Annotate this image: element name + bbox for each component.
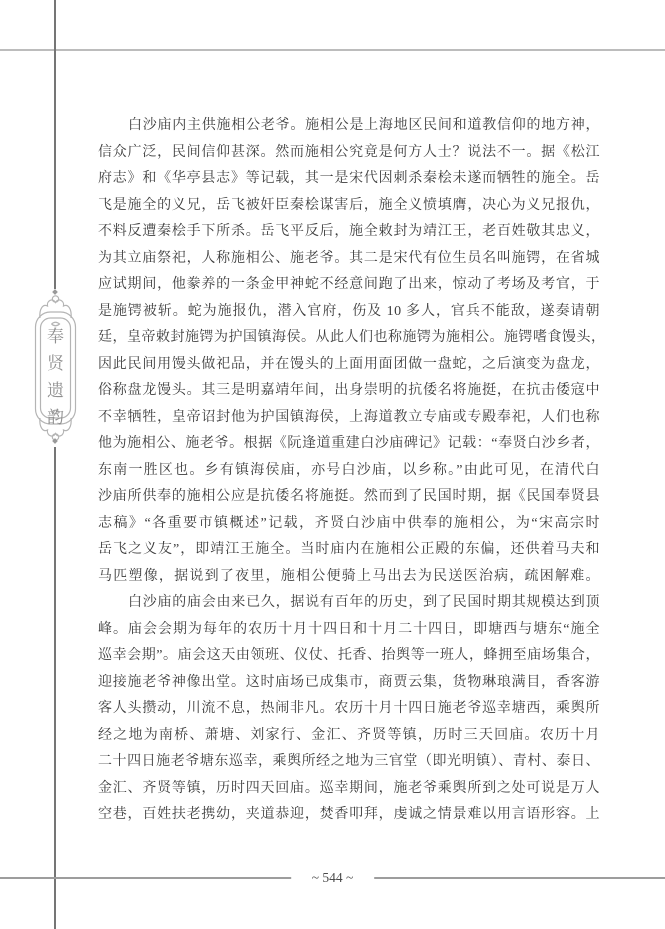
top-border-rule bbox=[0, 49, 665, 51]
body-text-line: 志稿》“各重要市镇概述”记载，齐贤白沙庙中供奉的施相公，为“宋高宗时 bbox=[98, 511, 600, 538]
body-text-line: 马匹塑像，据说到了夜里，施相公便骑上马出去为民送医治病，疏困解难。 bbox=[98, 564, 600, 591]
book-page: 奉 贤 遗 韵 白沙庙内主供施相公老爷。施相公是上海地区民间和道教信仰的地方神，… bbox=[0, 0, 665, 929]
body-text-line: 白沙庙内主供施相公老爷。施相公是上海地区民间和道教信仰的地方神， bbox=[98, 113, 600, 140]
body-text-line: 因此民间用馒头做祀品，并在馒头的上面用面团做一盘蛇，之后演变为盘龙， bbox=[98, 352, 600, 379]
body-text-line: 空巷，百姓扶老携幼，夹道恭迎，焚香叩拜，虔诚之情景难以用言语形容。上 bbox=[98, 802, 600, 829]
body-text-line: 飞是施全的义兄，岳飞被奸臣秦桧谋害后，施全义愤填膺，决心为义兄报仇， bbox=[98, 193, 600, 220]
body-text: 白沙庙内主供施相公老爷。施相公是上海地区民间和道教信仰的地方神， 信众广泛，民间… bbox=[98, 113, 600, 829]
body-text-line: 迎接施老爷神像出堂。这时庙场已成集市，商贾云集，货物琳琅满目，香客游 bbox=[98, 670, 600, 697]
body-text-line: 客人头攒动，川流不息，热闹非凡。农历十月十四日施老爷巡幸塘西，乘舆所 bbox=[98, 696, 600, 723]
plaque-char: 韵 bbox=[47, 408, 64, 428]
paragraph: 白沙庙的庙会由来已久，据说有百年的历史，到了民国时期其规模达到顶 峰。庙会会期为… bbox=[98, 590, 600, 829]
body-text-line: 二十四日施老爷塘东巡幸，乘舆所经之地为三官堂（即光明镇）、青村、泰日、 bbox=[98, 749, 600, 776]
body-text-line: 巡幸会期”。庙会这天由领班、仪仗、托香、抬舆等一班人，蜂拥至庙场集合， bbox=[98, 643, 600, 670]
body-text-line: 俗称盘龙馒头。其三是明嘉靖年间，出身崇明的抗倭名将施挺，在抗击倭寇中 bbox=[98, 378, 600, 405]
body-text-line: 经之地为南桥、萧塘、刘家行、金汇、齐贤等镇，历时三天回庙。农历十月 bbox=[98, 723, 600, 750]
body-text-line: 廷，皇帝敕封施锷为护国镇海侯。从此人们也称施锷为施相公。施锷嗜食馒头， bbox=[98, 325, 600, 352]
spine-plaque: 奉 贤 遗 韵 bbox=[29, 294, 82, 442]
body-text-line: 不料反遭秦桧手下所杀。岳飞平反后，施全敕封为靖江王，老百姓敬其忠义， bbox=[98, 219, 600, 246]
paragraph: 白沙庙内主供施相公老爷。施相公是上海地区民间和道教信仰的地方神， 信众广泛，民间… bbox=[98, 113, 600, 590]
body-text-line: 府志》和《华亭县志》等记载，其一是宋代因刺杀秦桧未遂而牺牲的施全。岳 bbox=[98, 166, 600, 193]
body-text-line: 白沙庙的庙会由来已久，据说有百年的历史，到了民国时期其规模达到顶 bbox=[98, 590, 600, 617]
body-text-line: 岳飞之义友”，即靖江王施全。当时庙内在施相公正殿的东偏，还供着马夫和 bbox=[98, 537, 600, 564]
spine-vertical-line-top bbox=[54, 0, 56, 289]
plaque-char: 奉 bbox=[47, 327, 64, 347]
spine-vertical-line-bottom bbox=[54, 447, 56, 929]
plaque-title: 奉 贤 遗 韵 bbox=[29, 327, 82, 428]
body-text-line: 信众广泛，民间信仰甚深。然而施相公究竟是何方人士？说法不一。据《松江 bbox=[98, 140, 600, 167]
page-number: ~ 544 ~ bbox=[291, 868, 375, 887]
plaque-char: 遗 bbox=[47, 381, 64, 401]
body-text-line: 东南一胜区也。乡有镇海侯庙，亦号白沙庙，以乡称。”由此可见，在清代白 bbox=[98, 458, 600, 485]
plaque-char: 贤 bbox=[47, 354, 64, 374]
body-text-line: 金汇、齐贤等镇，历时四天回庙。巡幸期间，施老爷乘舆所到之处可说是万人 bbox=[98, 776, 600, 803]
body-text-line: 沙庙所供奉的施相公应是抗倭名将施挺。然而到了民国时期，据《民国奉贤县 bbox=[98, 484, 600, 511]
spine-dot-bottom bbox=[52, 438, 58, 444]
body-text-line: 应试期间，他豢养的一条金甲神蛇不经意间跑了出来，惊动了考场及考官，于 bbox=[98, 272, 600, 299]
body-text-line: 峰。庙会会期为每年的农历十月十四日和十月二十四日，即塘西与塘东“施全 bbox=[98, 617, 600, 644]
body-text-line: 他为施相公、施老爷。根据《阮逢道重建白沙庙碑记》记载：“奉贤白沙乡者， bbox=[98, 431, 600, 458]
body-text-line: 是施锷被斩。蛇为施报仇，潜入官府，伤及 10 多人，官兵不能敌，遂奏请朝 bbox=[98, 299, 600, 326]
body-text-line: 不幸牺牲，皇帝诏封他为护国镇海侯，上海道教立专庙或专殿奉祀，人们也称 bbox=[98, 405, 600, 432]
body-text-line: 为其立庙祭祀，人称施相公、施老爷。其二是宋代有位生员名叫施锷，在省城 bbox=[98, 246, 600, 273]
